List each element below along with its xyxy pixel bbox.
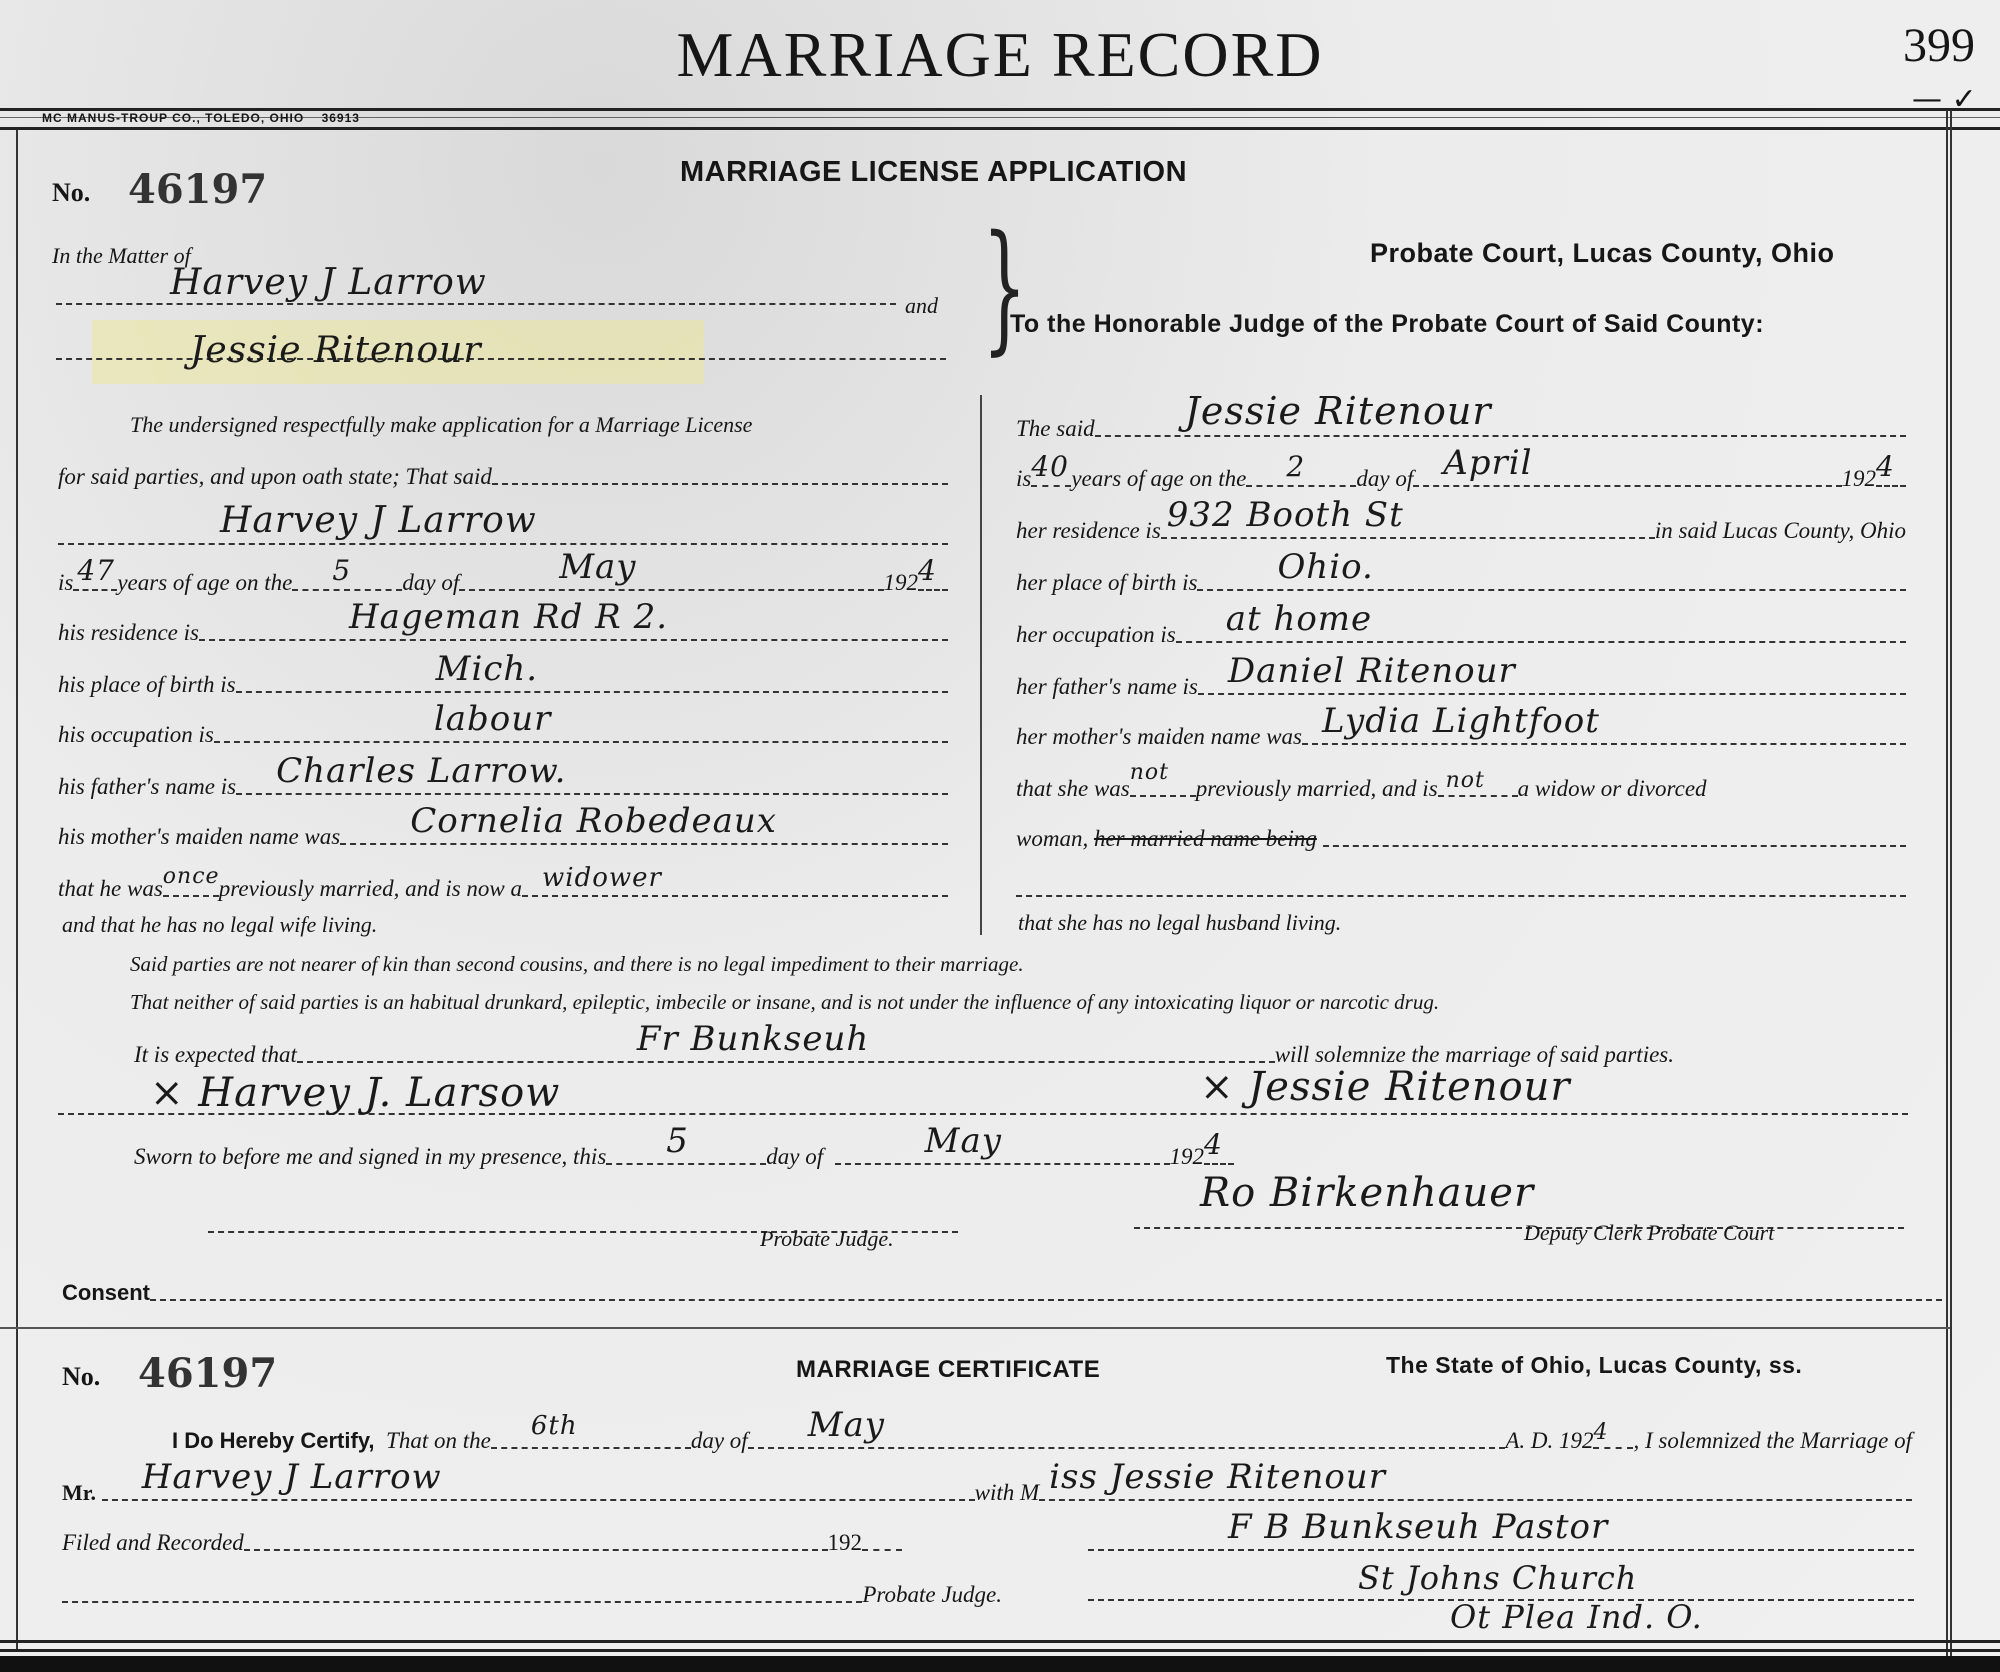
groom-marital-line: that he was once previously married, and…: [58, 872, 948, 902]
certificate-bride: iss Jessie Ritenour: [1049, 1457, 1386, 1497]
certificate-names-line: Mr. Harvey J Larrow with M iss Jessie Ri…: [62, 1476, 1912, 1506]
frame-left: [16, 130, 18, 1650]
groom-month: May: [559, 547, 636, 587]
bride-marital-line: that she was not previously married, and…: [1016, 772, 1906, 802]
bride-blank-line: [1016, 872, 1906, 902]
bride-signature: × Jessie Ritenour: [1200, 1064, 1571, 1110]
certificate-year: 4: [1593, 1420, 1608, 1445]
groom-residence-line: his residence is Hageman Rd R 2.: [58, 616, 948, 646]
bride-name: Jessie Ritenour: [1185, 389, 1492, 433]
kin-statement: Said parties are not nearer of kin than …: [130, 952, 1024, 977]
groom-year: 4: [918, 554, 937, 587]
officiant-name: Fr Bunkseuh: [637, 1019, 869, 1059]
sworn-line: Sworn to before me and signed in my pres…: [134, 1140, 1234, 1170]
groom-birthplace: Mich.: [436, 649, 538, 689]
cert-judge-line: Probate Judge.: [62, 1578, 1002, 1608]
brace: }: [982, 218, 1027, 358]
health-statement: That neither of said parties is an habit…: [130, 990, 1439, 1015]
bottom-rule: [0, 1640, 2000, 1652]
bride-occupation: at home: [1226, 599, 1372, 639]
bride-month: April: [1443, 443, 1532, 483]
groom-mother: Cornelia Robedeaux: [410, 801, 777, 841]
filed-line: Filed and Recorded 192: [62, 1526, 902, 1556]
bride-no-husband: that she has no legal husband living.: [1018, 910, 1341, 936]
certificate-day: 6th: [531, 1411, 578, 1441]
bride-age: 40: [1031, 450, 1069, 483]
intro-line-1: The undersigned respectfully make applic…: [130, 412, 752, 438]
groom-mother-line: his mother's maiden name was Cornelia Ro…: [58, 820, 948, 850]
groom-father-line: his father's name is Charles Larrow.: [58, 770, 948, 800]
certificate-month: May: [808, 1405, 885, 1445]
certificate-officiant: F B Bunkseuh Pastor: [1228, 1507, 1608, 1547]
groom-birthplace-line: his place of birth is Mich.: [58, 668, 948, 698]
application-heading: MARRIAGE LICENSE APPLICATION: [680, 156, 1187, 189]
certificate-heading: MARRIAGE CERTIFICATE: [796, 1356, 1100, 1384]
groom-residence: Hageman Rd R 2.: [349, 597, 668, 637]
certificate-number: 46197: [138, 1350, 277, 1397]
bride-occupation-line: her occupation is at home: [1016, 618, 1906, 648]
groom-age: 47: [77, 554, 115, 587]
bride-widow-value: not: [1446, 768, 1485, 793]
sworn-month: May: [925, 1121, 1002, 1161]
bride-married-value: not: [1130, 760, 1169, 785]
matter-party2: Jessie Ritenour: [190, 330, 482, 371]
bride-residence-line: her residence is 932 Booth St in said Lu…: [1016, 514, 1906, 544]
bride-married-name-line: woman, her married name being: [1016, 822, 1906, 852]
intro-line-2: for said parties, and upon oath state; T…: [58, 460, 948, 490]
matter-party1: Harvey J Larrow: [170, 262, 487, 303]
clerk-signature: Ro Birkenhauer: [1200, 1170, 1534, 1216]
certificate-number-label: No.: [62, 1362, 100, 1392]
groom-married-times: once: [163, 864, 220, 889]
frame-right: [1946, 110, 1952, 1672]
certify-line: I Do Hereby Certify, That on the 6th day…: [172, 1424, 1912, 1454]
certificate-state: The State of Ohio, Lucas County, ss.: [1386, 1352, 1802, 1379]
and-label: and: [905, 293, 938, 319]
bride-residence: 932 Booth St: [1167, 495, 1404, 535]
application-number: 46197: [128, 166, 267, 213]
record-title: MARRIAGE RECORD: [0, 18, 2000, 92]
consent-line: Consent: [62, 1276, 1942, 1306]
bride-birthplace-line: her place of birth is Ohio.: [1016, 566, 1906, 596]
printer-line: MC MANUS-TROUP CO., TOLEDO, OHIO 36913: [42, 111, 360, 125]
bottom-edge: [0, 1656, 2000, 1672]
section-separator: [0, 1327, 1950, 1329]
column-divider: [980, 395, 982, 935]
groom-occupation: labour: [434, 699, 552, 739]
application-number-label: No.: [52, 178, 90, 208]
groom-father: Charles Larrow.: [276, 751, 566, 791]
bride-father-line: her father's name is Daniel Ritenour: [1016, 670, 1906, 700]
groom-no-wife: and that he has no legal wife living.: [62, 912, 377, 938]
marriage-record-page: MARRIAGE RECORD 399 — ✓ MC MANUS-TROUP C…: [0, 0, 2000, 1672]
officiant-cert-line: F B Bunkseuh Pastor: [1088, 1526, 1914, 1556]
groom-signature: × Harvey J. Larsow: [150, 1070, 560, 1116]
bride-father: Daniel Ritenour: [1228, 651, 1516, 691]
page-number: 399: [1903, 18, 1975, 73]
bride-day: 2: [1286, 450, 1305, 483]
groom-status: widower: [542, 863, 662, 893]
probate-judge-label: Probate Judge.: [760, 1226, 894, 1252]
deputy-clerk-label: Deputy Clerk Probate Court: [1524, 1220, 1774, 1246]
groom-day: 5: [332, 554, 351, 587]
court-address: To the Honorable Judge of the Probate Co…: [1010, 310, 1764, 339]
groom-name: Harvey J Larrow: [220, 500, 537, 541]
certificate-location: Ot Plea Ind. O.: [1450, 1598, 1703, 1636]
court-name: Probate Court, Lucas County, Ohio: [1370, 238, 1835, 269]
bride-birthplace: Ohio.: [1277, 547, 1373, 587]
certificate-groom: Harvey J Larrow: [142, 1457, 442, 1497]
bride-mother: Lydia Lightfoot: [1322, 701, 1600, 741]
bride-name-line: The said Jessie Ritenour: [1016, 412, 1906, 442]
sworn-day: 5: [666, 1121, 689, 1161]
groom-age-line: is 47 years of age on the 5 day of May 1…: [58, 566, 948, 596]
certificate-church: St Johns Church: [1358, 1559, 1637, 1597]
groom-occupation-line: his occupation is labour: [58, 718, 948, 748]
bride-mother-line: her mother's maiden name was Lydia Light…: [1016, 720, 1906, 750]
sworn-year: 4: [1204, 1128, 1223, 1161]
bride-age-line: is 40 years of age on the 2 day of April…: [1016, 462, 1906, 492]
struck-married-name: her married name being: [1094, 826, 1317, 852]
bride-year: 4: [1876, 450, 1895, 483]
